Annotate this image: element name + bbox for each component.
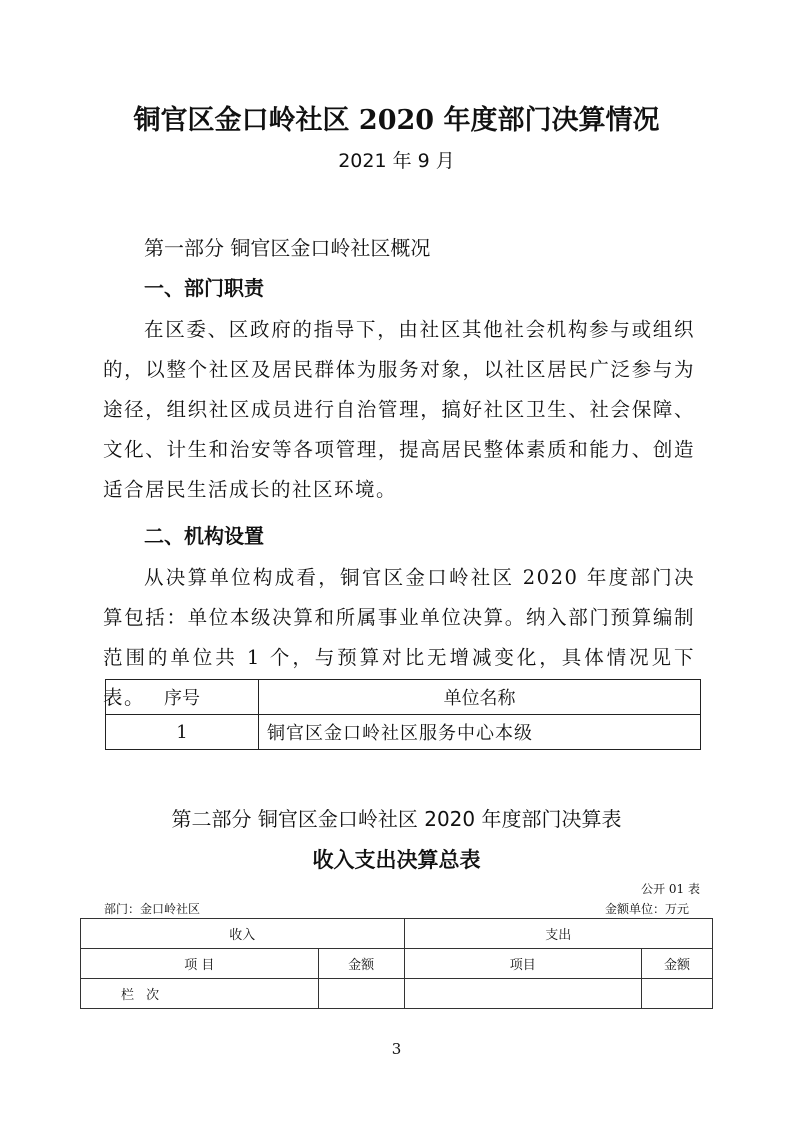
summary-table: 收入 支出 项 目 金额 项目 金额 栏 次 [80, 918, 713, 1009]
table-row: 栏 次 [81, 979, 713, 1009]
unit-table-cell-name: 铜官区金口岭社区服务中心本级 [259, 715, 701, 750]
page-number: 3 [0, 1040, 793, 1058]
unit-table-header-seq: 序号 [106, 680, 259, 715]
unit-table-header-name: 单位名称 [259, 680, 701, 715]
income-amount-header: 金额 [318, 949, 404, 979]
part2-heading: 第二部分 铜官区金口岭社区 2020 年度部门决算表 [0, 803, 793, 832]
summary-table-title: 收入支出决算总表 [0, 844, 793, 874]
expense-item-cell [404, 979, 642, 1009]
document-date: 2021 年 9 月 [0, 146, 793, 173]
expense-item-header: 项目 [404, 949, 642, 979]
expense-group-header: 支出 [404, 919, 712, 949]
section1-heading: 一、部门职责 [144, 272, 264, 301]
income-item-header: 项 目 [81, 949, 319, 979]
summary-group-header-row: 收入 支出 [81, 919, 713, 949]
income-group-header: 收入 [81, 919, 405, 949]
expense-amount-cell [642, 979, 713, 1009]
summary-column-header-row: 项 目 金额 项目 金额 [81, 949, 713, 979]
unit-table: 序号 单位名称 1 铜官区金口岭社区服务中心本级 [105, 679, 701, 750]
table-row: 1 铜官区金口岭社区服务中心本级 [106, 715, 701, 750]
income-amount-cell [318, 979, 404, 1009]
unit-table-header-row: 序号 单位名称 [106, 680, 701, 715]
table-code: 公开 01 表 [641, 880, 700, 897]
amount-unit-label: 金额单位：万元 [605, 900, 689, 917]
department-label: 部门：金口岭社区 [104, 900, 200, 917]
unit-table-cell-seq: 1 [106, 715, 259, 750]
section1-body: 在区委、区政府的指导下，由社区其他社会机构参与或组织的，以整个社区及居民群体为服… [103, 310, 695, 510]
part1-heading: 第一部分 铜官区金口岭社区概况 [144, 232, 430, 261]
document-title: 铜官区金口岭社区 2020 年度部门决算情况 [0, 98, 793, 137]
expense-amount-header: 金额 [642, 949, 713, 979]
row-label-cell: 栏 次 [81, 979, 319, 1009]
section2-heading: 二、机构设置 [144, 520, 264, 549]
